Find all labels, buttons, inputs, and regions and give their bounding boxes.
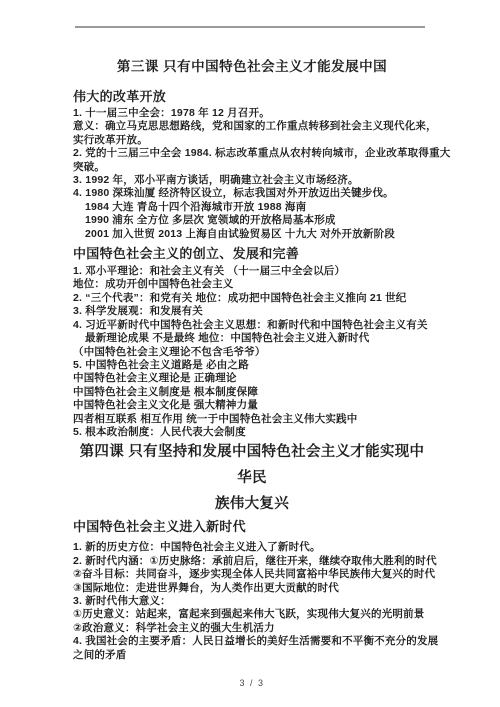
note-line: ②奋斗目标：共同奋斗，逐步实现全体人民共同富裕中华民族伟大复兴的时代 <box>73 568 431 581</box>
note-line: 2. “三个代表”：和党有关 地位：成功把中国特色社会主义推向 21 世纪 <box>73 292 431 305</box>
lesson4-title-line1: 第四课 只有坚持和发展中国特色社会主义才能实现中华民 <box>73 439 431 491</box>
note-line: 3. 1992 年，邓小平南方谈话，明确建立社会主义市场经济。 <box>73 174 431 187</box>
note-line: 之间的矛盾 <box>73 649 431 662</box>
note-line: 2. 新时代内涵：①历史脉络：承前启后，继往开来，继续夺取伟大胜利的时代 <box>73 555 431 568</box>
note-line: ②政治意义：科学社会主义的强大生机活力 <box>73 622 431 635</box>
note-line: 实行改革开放。 <box>73 134 431 147</box>
note-line: 中国特色社会主义理论是 正确理论 <box>73 372 431 385</box>
note-line: 5. 中国特色社会主义道路是 必由之路 <box>73 359 431 372</box>
note-line: 1. 十一届三中全会：1978 年 12 月召开。 <box>73 107 431 120</box>
note-line: 2. 党的十三届三中全会 1984. 标志改革重点从农村转向城市，企业改革取得重… <box>73 147 431 160</box>
note-line: 1. 邓小平理论：和社会主义有关 （十一届三中全会以后） <box>73 265 431 278</box>
note-line: 突破。 <box>73 161 431 174</box>
section-heading-new-era: 中国特色社会主义进入新时代 <box>73 520 431 534</box>
note-line: 3. 科学发展观：和发展有关 <box>73 305 431 318</box>
section-great-reform-body: 1. 十一届三中全会：1978 年 12 月召开。 意义：确立马克思思想路线，党… <box>73 107 431 241</box>
section-heading-creation-development: 中国特色社会主义的创立、发展和完善 <box>73 247 431 261</box>
note-line: 5. 根本政治制度：人民代表大会制度 <box>73 426 431 439</box>
note-line: 4. 我国社会的主要矛盾：人民日益增长的美好生活需要和不平衡不充分的发展 <box>73 635 431 648</box>
note-line: ③国际地位：走进世界舞台，为人类作出更大贡献的时代 <box>73 582 431 595</box>
note-line: 最新理论成果 不是最终 地位：中国特色社会主义进入新时代 <box>73 332 431 345</box>
section-heading-great-reform: 伟大的改革开放 <box>73 90 431 104</box>
note-line: 2001 加入世贸 2013 上海自由试验贸易区 十九大 对外开放新阶段 <box>73 228 431 241</box>
note-line: 中国特色社会主义制度是 根本制度保障 <box>73 386 431 399</box>
note-line: 4. 1980 深珠汕厦 经济特区设立，标志我国对外开放迈出关键步伐。 <box>73 187 431 200</box>
note-line: ①历史意义：站起来，富起来到强起来伟大飞跃，实现伟大复兴的光明前景 <box>73 608 431 621</box>
section-creation-development-body: 1. 邓小平理论：和社会主义有关 （十一届三中全会以后） 地位：成功开创中国特色… <box>73 265 431 439</box>
note-line: 四者相互联系 相互作用 统一于中国特色社会主义伟大实践中 <box>73 413 431 426</box>
note-line: 1. 新的历史方位：中国特色社会主义进入了新时代。 <box>73 541 431 554</box>
page-content: 第三课 只有中国特色社会主义才能发展中国 伟大的改革开放 1. 十一届三中全会：… <box>73 0 431 689</box>
note-line: 中国特色社会主义文化是 强大精神力量 <box>73 399 431 412</box>
lesson4-title: 第四课 只有坚持和发展中国特色社会主义才能实现中华民 族伟大复兴 <box>73 439 431 517</box>
note-line: 3. 新时代伟大意义： <box>73 595 431 608</box>
note-line: （中国特色社会主义理论不包含毛爷爷） <box>73 346 431 359</box>
lesson4-title-line2: 族伟大复兴 <box>73 491 431 517</box>
note-line: 1990 浦东 全方位 多层次 宽领域的开放格局基本形成 <box>73 214 431 227</box>
document-page: 第三课 只有中国特色社会主义才能发展中国 伟大的改革开放 1. 十一届三中全会：… <box>0 0 500 707</box>
note-line: 地位：成功开创中国特色社会主义 <box>73 278 431 291</box>
page-number-indicator: 3 / 3 <box>73 677 431 689</box>
lesson3-title: 第三课 只有中国特色社会主义才能发展中国 <box>73 57 431 77</box>
note-line: 1984 大连 青岛十四个沿海城市开放 1988 海南 <box>73 201 431 214</box>
section-new-era-body: 1. 新的历史方位：中国特色社会主义进入了新时代。 2. 新时代内涵：①历史脉络… <box>73 541 431 662</box>
note-line: 4. 习近平新时代中国特色社会主义思想：和新时代和中国特色社会主义有关 <box>73 319 431 332</box>
note-line: 意义：确立马克思思想路线，党和国家的工作重点转移到社会主义现代化来， <box>73 120 431 133</box>
